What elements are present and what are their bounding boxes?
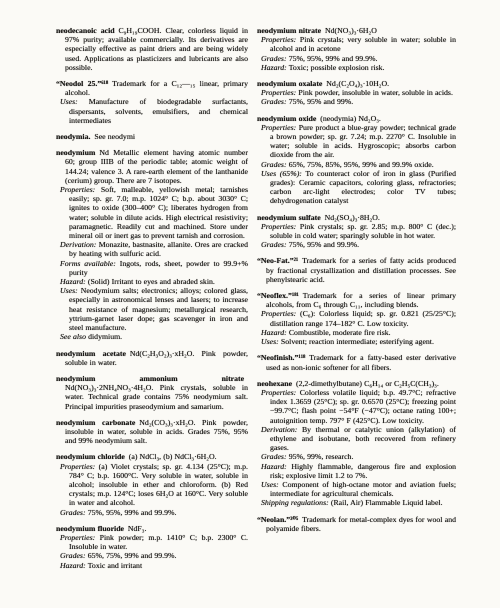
entry-lead-paragraph: neodymia. See neodymi <box>56 132 248 141</box>
entry-sub-paragraph: Properties: Colorless volatile liquid; b… <box>257 388 456 425</box>
entry-sub-paragraph: Properties: Pink crystals; sp. gr. 2.85;… <box>257 222 456 240</box>
entry-sub-paragraph: Properties: (C₆): Colorless liquid; sp. … <box>257 309 456 327</box>
entry-headword: “Neofinish.”¹¹⁸ <box>257 353 305 362</box>
entry-field-label: Properties: <box>261 222 296 231</box>
entry-lead-paragraph: “Neo-Fat.”²¹ Trademark for a series of f… <box>257 256 456 284</box>
entry-field-label: Grades: <box>60 551 86 560</box>
entry-lead-paragraph: neodymium Nd Metallic element having ato… <box>56 148 248 185</box>
entry-field-label: Derivation: <box>60 240 96 249</box>
entry-field-label: Properties: <box>60 462 95 471</box>
entry-lead-paragraph: neodymium sulfate Nd₂(SO₄)₃·8H₂O. <box>257 213 456 222</box>
entry-field-label: Uses: <box>261 480 279 489</box>
entry-lead-paragraph: neodymium chloride (a) NdCl₃, (b) NdCl₃·… <box>56 452 248 461</box>
entry-lead-paragraph: “Neoflex.”¹⁸¹ Trademark for a series of … <box>257 291 456 309</box>
entry-sub-paragraph: Derivation: By thermal or catalytic unio… <box>257 425 456 453</box>
entry-sub-paragraph: Properties: Soft, malleable, yellowish m… <box>56 185 248 240</box>
entry-headword: neodymium <box>56 148 95 157</box>
entry-headword: neodymium acetate <box>56 349 126 358</box>
entry-field-label: Properties: <box>60 185 95 194</box>
entry-sub-paragraph: Grades: 75%, 95%, 99% and 99.9%. <box>56 508 248 517</box>
entry-lead-paragraph: “Neolan.”³⁰⁵ Trademark for metal-complex… <box>257 515 456 533</box>
entry-sub-paragraph: Hazard: Toxic; possible explosion risk. <box>257 63 456 72</box>
entry-headword: neodymium oxalate <box>257 79 322 88</box>
entry-headword: neodymium carbonate <box>56 418 135 427</box>
entry-sub-paragraph: Properties: (a) Violet crystals; sp. gr.… <box>56 462 248 508</box>
entry-headword: neodymia. <box>56 132 90 141</box>
entry-lead-paragraph: neohexane (2,2-dimethylbutane) C₆H₁₄ or … <box>257 379 456 388</box>
entry-headword: “Neolan.”³⁰⁵ <box>257 515 298 524</box>
entry-sub-paragraph: Uses: Manufacture of biodegradable surfa… <box>56 97 248 125</box>
entry-sub-paragraph: Hazard: Toxic and irritant <box>56 561 248 570</box>
entry-field-label: Properties: <box>261 35 296 44</box>
entry-field-label: Uses: <box>261 337 279 346</box>
entry-field-label: Grades: <box>261 54 287 63</box>
entry-sub-paragraph: Grades: 65%, 75%, 99% and 99.9%. <box>56 551 248 560</box>
entry-headword: neodymium ammonium nitrate <box>56 374 244 383</box>
entry-sub-paragraph: Uses (65%): To counteract color of iron … <box>257 169 456 206</box>
dictionary-entry: neodymium nitrate Nd(NO₃)₃·6H₂OPropertie… <box>257 26 456 72</box>
entry-sub-paragraph: Shipping regulations: (Rail, Air) Flamma… <box>257 498 456 507</box>
entry-headword: “Neo-Fat.”²¹ <box>257 256 298 265</box>
entry-sub-paragraph: Forms available: Ingots, rods, sheet, po… <box>56 259 248 277</box>
dictionary-entry: neodymium sulfate Nd₂(SO₄)₃·8H₂O.Propert… <box>257 213 456 250</box>
entry-sub-paragraph: Hazard: Highly flammable, dangerous fire… <box>257 462 456 480</box>
entry-headword: neodymium oxide <box>257 114 316 123</box>
dictionary-entry: neodymium oxalate Nd₂(C₂O₄)₃·10H₂O.Prope… <box>257 79 456 107</box>
entry-field-label: Shipping regulations: <box>261 498 329 507</box>
entry-sub-paragraph: Hazard: Combustible, moderate fire risk. <box>257 328 456 337</box>
entry-field-label: Derivation: <box>261 425 297 434</box>
entry-field-label: Hazard: <box>261 63 287 72</box>
entry-headword: neodecanoic acid <box>56 26 115 35</box>
entry-sub-paragraph: Properties: Pink crystals; very soluble … <box>257 35 456 53</box>
entry-field-label: Hazard: <box>261 462 287 471</box>
entry-field-label: Grades: <box>261 452 287 461</box>
entry-field-label: Grades: <box>261 240 287 249</box>
entry-lead-paragraph: “Neofinish.”¹¹⁸ Trademark for a fatty-ba… <box>257 353 456 371</box>
entry-lead-paragraph: neodymium fluoride NdF₃. <box>56 524 248 533</box>
entry-lead-paragraph: “Neodol 25.”⁶¹⁸ Trademark for a C₁₂—₁₅ l… <box>56 79 248 97</box>
entry-field-label: Uses: <box>60 97 78 106</box>
entry-lead-paragraph: neodymium nitrate Nd(NO₃)₃·6H₂O <box>257 26 456 35</box>
entry-field-label: Hazard: <box>60 277 86 286</box>
scanned-dictionary-page: neodecanoic acid C₉H₁₉COOH. Clear, color… <box>0 0 500 608</box>
entry-lead-paragraph: neodymium acetate Nd(C₂H₃O₂)₃·xH₂O. Pink… <box>56 349 248 367</box>
column-right: neodymium nitrate Nd(NO₃)₃·6H₂OPropertie… <box>257 26 456 540</box>
column-left: neodecanoic acid C₉H₁₉COOH. Clear, color… <box>56 26 248 577</box>
entry-sub-paragraph: Properties: Pink powder, insoluble in wa… <box>257 88 456 97</box>
entry-sub-paragraph: Grades: 65%, 75%, 85%, 95%, 99% and 99.9… <box>257 160 456 169</box>
dictionary-entry: neohexane (2,2-dimethylbutane) C₆H₁₄ or … <box>257 379 456 508</box>
entry-headword: neodymium fluoride <box>56 524 124 533</box>
entry-sub-paragraph: Derivation: Monazite, bastnasite, allani… <box>56 240 248 258</box>
entry-lead-paragraph: neodymium oxalate Nd₂(C₂O₄)₃·10H₂O. <box>257 79 456 88</box>
entry-lead-paragraph: neodymium ammonium nitrate Nd(NO₃)₃·2NH₄… <box>56 374 248 411</box>
dictionary-entry: “Neofinish.”¹¹⁸ Trademark for a fatty-ba… <box>257 353 456 371</box>
dictionary-entry: neodymium oxide (neodymia) Nd₂O₃.Propert… <box>257 114 456 206</box>
dictionary-entry: neodymium chloride (a) NdCl₃, (b) NdCl₃·… <box>56 452 248 516</box>
dictionary-entry: neodymium acetate Nd(C₂H₃O₂)₃·xH₂O. Pink… <box>56 349 248 367</box>
entry-headword: neodymium nitrate <box>257 26 321 35</box>
entry-field-label: Grades: <box>261 97 287 106</box>
entry-sub-paragraph: Uses: Component of high-octane motor and… <box>257 480 456 498</box>
entry-sub-paragraph: Grades: 75%, 95% and 99%. <box>257 97 456 106</box>
entry-field-label: Uses (65%): <box>261 169 302 178</box>
entry-sub-paragraph: Uses: Solvent; reaction intermediate; es… <box>257 337 456 346</box>
entry-field-label: Hazard: <box>60 561 86 570</box>
entry-sub-paragraph: See also didymium. <box>56 332 248 341</box>
entry-field-label: Properties: <box>261 88 296 97</box>
entry-field-label: Properties: <box>261 309 296 318</box>
dictionary-entry: neodymium Nd Metallic element having ato… <box>56 148 248 341</box>
dictionary-entry: “Neolan.”³⁰⁵ Trademark for metal-complex… <box>257 515 456 533</box>
dictionary-entry: “Neodol 25.”⁶¹⁸ Trademark for a C₁₂—₁₅ l… <box>56 79 248 125</box>
dictionary-entry: “Neo-Fat.”²¹ Trademark for a series of f… <box>257 256 456 284</box>
entry-headword: neodymium chloride <box>56 452 125 461</box>
entry-field-label: Hazard: <box>261 328 287 337</box>
entry-sub-paragraph: Grades: 95%, 99%, research. <box>257 452 456 461</box>
entry-headword: “Neoflex.”¹⁸¹ <box>257 291 299 300</box>
dictionary-entry: neodymia. See neodymi <box>56 132 248 141</box>
entry-sub-paragraph: Uses: Neodymium salts; electronics; allo… <box>56 286 248 332</box>
dictionary-entry: neodymium carbonate Nd₂(CO₃)₃·xH₂O. Pink… <box>56 418 248 446</box>
entry-sub-paragraph: Properties: Pure product a blue-gray pow… <box>257 123 456 160</box>
entry-lead-paragraph: neodymium carbonate Nd₂(CO₃)₃·xH₂O. Pink… <box>56 418 248 446</box>
entry-headword: neodymium sulfate <box>257 213 321 222</box>
entry-sub-paragraph: Properties: Pink powder; m.p. 1410° C; b… <box>56 533 248 551</box>
entry-field-label: Grades: <box>261 160 287 169</box>
entry-lead-paragraph: neodecanoic acid C₉H₁₉COOH. Clear, color… <box>56 26 248 72</box>
entry-sub-paragraph: Grades: 75%, 95% and 99.9%. <box>257 240 456 249</box>
entry-lead-paragraph: neodymium oxide (neodymia) Nd₂O₃. <box>257 114 456 123</box>
entry-field-label: Forms available: <box>60 259 116 268</box>
dictionary-entry: neodymium fluoride NdF₃.Properties: Pink… <box>56 524 248 570</box>
entry-sub-paragraph: Grades: 75%, 95%, 99% and 99.9%. <box>257 54 456 63</box>
entry-headword: “Neodol 25.”⁶¹⁸ <box>56 79 108 88</box>
entry-field-label: Grades: <box>60 508 86 517</box>
dictionary-entry: “Neoflex.”¹⁸¹ Trademark for a series of … <box>257 291 456 346</box>
dictionary-entry: neodymium ammonium nitrate Nd(NO₃)₃·2NH₄… <box>56 374 248 411</box>
entry-field-label: Uses: <box>60 286 78 295</box>
entry-headword: neohexane <box>257 379 292 388</box>
entry-field-label: Properties: <box>261 123 296 132</box>
entry-field-label: Properties: <box>261 388 296 397</box>
entry-sub-paragraph: Hazard: (Solid) Irritant to eyes and abr… <box>56 277 248 286</box>
entry-field-label: See also <box>60 332 86 341</box>
dictionary-entry: neodecanoic acid C₉H₁₉COOH. Clear, color… <box>56 26 248 72</box>
entry-field-label: Properties: <box>60 533 95 542</box>
